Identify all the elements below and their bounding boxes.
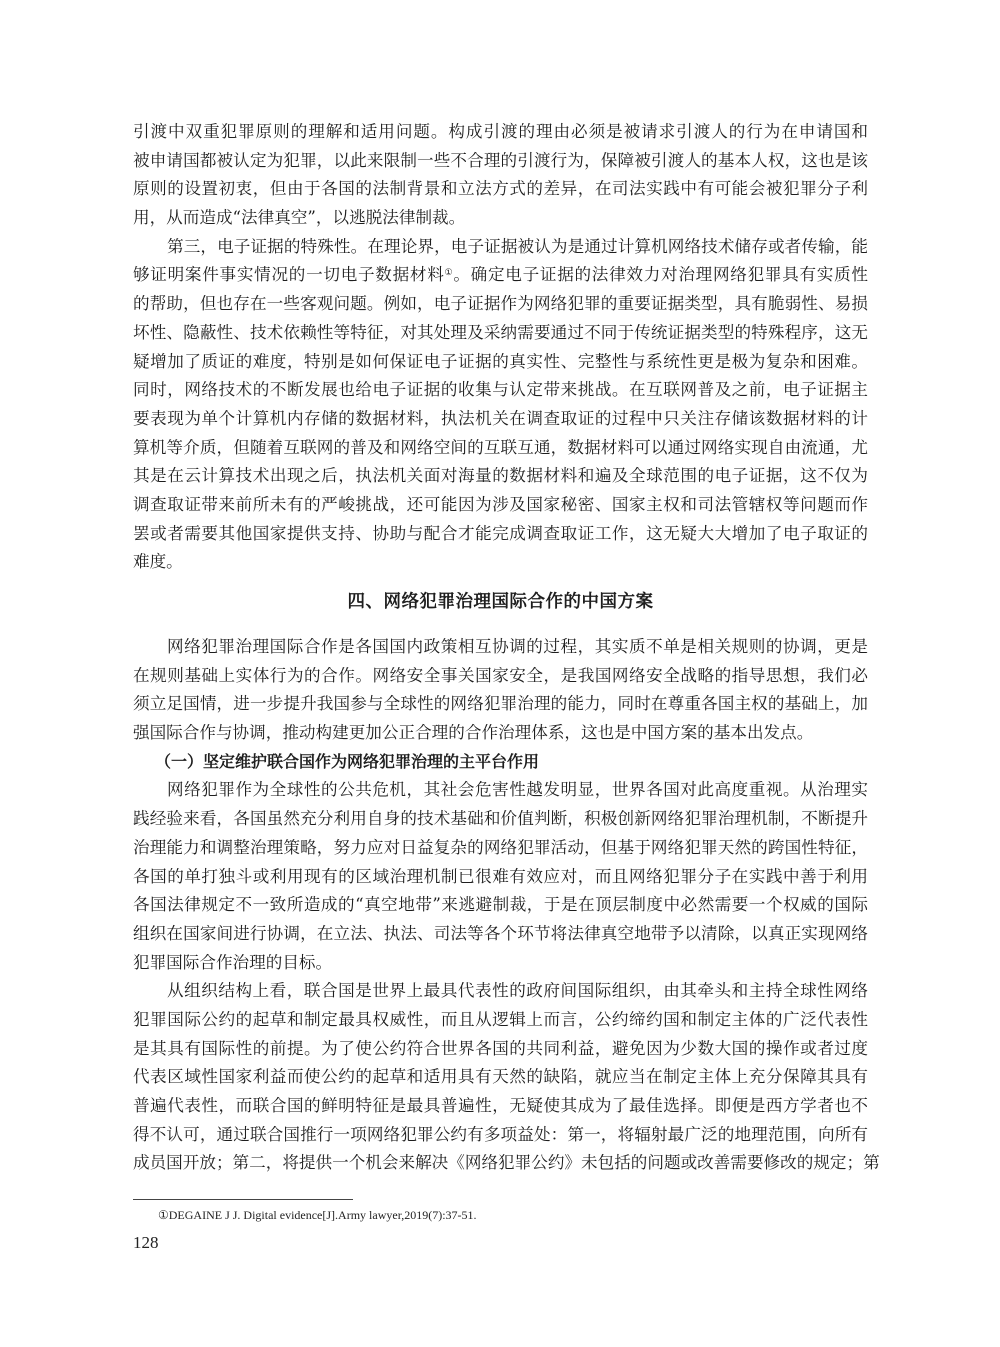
- text-line: 各国的单打独斗或利用现有的区域治理机制已很难有效应对，而且网络犯罪分子在实践中善…: [133, 863, 868, 892]
- text-line: 网络犯罪作为全球性的公共危机，其社会危害性越发明显，世界各国对此高度重视。从治理…: [133, 776, 868, 805]
- text-line: 罢或者需要其他国家提供支持、协助与配合才能完成调查取证工作，这无疑大大增加了电子…: [133, 520, 868, 549]
- text-line: 用，从而造成“法律真空”，以逃脱法律制裁。: [133, 204, 868, 233]
- text-line: 各国法律规定不一致所造成的“真空地带”来逃避制裁，于是在顶层制度中必然需要一个权…: [133, 891, 868, 920]
- text-line: 须立足国情，进一步提升我国参与全球性的网络犯罪治理的能力，同时在尊重各国主权的基…: [133, 690, 868, 719]
- text-line: 调查取证带来前所未有的严峻挑战，还可能因为涉及国家秘密、国家主权和司法管辖权等问…: [133, 491, 868, 520]
- text-line: 被申请国都被认定为犯罪，以此来限制一些不合理的引渡行为，保障被引渡人的基本人权，…: [133, 147, 868, 176]
- text-line: 引渡中双重犯罪原则的理解和适用问题。构成引渡的理由必须是被请求引渡人的行为在申请…: [133, 118, 868, 147]
- paragraph-electronic-evidence: 第三，电子证据的特殊性。在理论界，电子证据被认为是通过计算机网络技术储存或者传输…: [133, 233, 868, 577]
- text-fragment: 。确定电子证据的法律效力对治理网络犯罪具有实质性: [453, 265, 868, 284]
- text-line: 组织在国家间进行协调，在立法、执法、司法等各个环节将法律真空地带予以清除，以真正…: [133, 920, 868, 949]
- text-line: 犯罪国际合作治理的目标。: [133, 949, 868, 978]
- text-line: 在规则基础上实体行为的合作。网络安全事关国家安全，是我国网络安全战略的指导思想，…: [133, 662, 868, 691]
- footnote: ①DEGAINE J J. Digital evidence[J].Army l…: [158, 1208, 477, 1223]
- text-line: 原则的设置初衷，但由于各国的法制背景和立法方式的差异，在司法实践中有可能会被犯罪…: [133, 175, 868, 204]
- text-fragment: 够证明案件事实情况的一切电子数据材料: [133, 265, 445, 284]
- text-line: 得不认可，通过联合国推行一项网络犯罪公约有多项益处：第一，将辐射最广泛的地理范围…: [133, 1121, 868, 1150]
- text-line: 成员国开放；第二，将提供一个机会来解决《网络犯罪公约》未包括的问题或改善需要修改…: [133, 1149, 868, 1178]
- subsection-heading: （一）坚定维护联合国作为网络犯罪治理的主平台作用: [133, 748, 868, 777]
- footnote-divider: [133, 1199, 353, 1200]
- page-number: 128: [133, 1233, 159, 1253]
- paragraph-global-crisis: 网络犯罪作为全球性的公共危机，其社会危害性越发明显，世界各国对此高度重视。从治理…: [133, 776, 868, 977]
- paragraph-united-nations: 从组织结构上看，联合国是世界上最具代表性的政府间国际组织，由其牵头和主持全球性网…: [133, 977, 868, 1178]
- text-line: 犯罪国际公约的起草和制定最具权威性，而且从逻辑上而言，公约缔约国和制定主体的广泛…: [133, 1006, 868, 1035]
- section-heading-wrap: 四、网络犯罪治理国际合作的中国方案: [133, 577, 868, 633]
- section-heading: 四、网络犯罪治理国际合作的中国方案: [133, 588, 868, 613]
- text-line: 普遍代表性，而联合国的鲜明特征是最具普遍性，无疑使其成为了最佳选择。即便是西方学…: [133, 1092, 868, 1121]
- paragraph-china-approach: 网络犯罪治理国际合作是各国国内政策相互协调的过程，其实质不单是相关规则的协调，更…: [133, 633, 868, 748]
- text-line: 践经验来看，各国虽然充分利用自身的技术基础和价值判断，积极创新网络犯罪治理机制，…: [133, 805, 868, 834]
- text-line: 的帮助，但也存在一些客观问题。例如，电子证据作为网络犯罪的重要证据类型，具有脆弱…: [133, 290, 868, 319]
- text-line: 够证明案件事实情况的一切电子数据材料①。确定电子证据的法律效力对治理网络犯罪具有…: [133, 261, 868, 290]
- text-line: 算机等介质，但随着互联网的普及和网络空间的互联互通，数据材料可以通过网络实现自由…: [133, 434, 868, 463]
- text-line: 坏性、隐蔽性、技术依赖性等特征，对其处理及采纳需要通过不同于传统证据类型的特殊程…: [133, 319, 868, 348]
- paragraph-extradition: 引渡中双重犯罪原则的理解和适用问题。构成引渡的理由必须是被请求引渡人的行为在申请…: [133, 118, 868, 233]
- text-line: 代表区域性国家利益而使公约的起草和适用具有天然的缺陷，就应当在制定主体上充分保障…: [133, 1063, 868, 1092]
- text-line: 疑增加了质证的难度，特别是如何保证电子证据的真实性、完整性与系统性更是极为复杂和…: [133, 348, 868, 377]
- text-line: 难度。: [133, 548, 868, 577]
- text-line: 强国际合作与协调，推动构建更加公正合理的合作治理体系，这也是中国方案的基本出发点…: [133, 719, 868, 748]
- text-line: 网络犯罪治理国际合作是各国国内政策相互协调的过程，其实质不单是相关规则的协调，更…: [133, 633, 868, 662]
- text-line: 是其具有国际性的前提。为了使公约符合世界各国的共同利益，避免因为少数大国的操作或…: [133, 1035, 868, 1064]
- text-line: 其是在云计算技术出现之后，执法机关面对海量的数据材料和遍及全球范围的电子证据，这…: [133, 462, 868, 491]
- text-line: 要表现为单个计算机内存储的数据材料，执法机关在调查取证的过程中只关注存储该数据材…: [133, 405, 868, 434]
- footnote-marker[interactable]: ①: [445, 268, 454, 278]
- text-line: 第三，电子证据的特殊性。在理论界，电子证据被认为是通过计算机网络技术储存或者传输…: [133, 233, 868, 262]
- text-line: 同时，网络技术的不断发展也给电子证据的收集与认定带来挑战。在互联网普及之前，电子…: [133, 376, 868, 405]
- page-body: 引渡中双重犯罪原则的理解和适用问题。构成引渡的理由必须是被请求引渡人的行为在申请…: [133, 118, 868, 1178]
- text-line: 从组织结构上看，联合国是世界上最具代表性的政府间国际组织，由其牵头和主持全球性网…: [133, 977, 868, 1006]
- text-line: 治理能力和调整治理策略，努力应对日益复杂的网络犯罪活动，但基于网络犯罪天然的跨国…: [133, 834, 868, 863]
